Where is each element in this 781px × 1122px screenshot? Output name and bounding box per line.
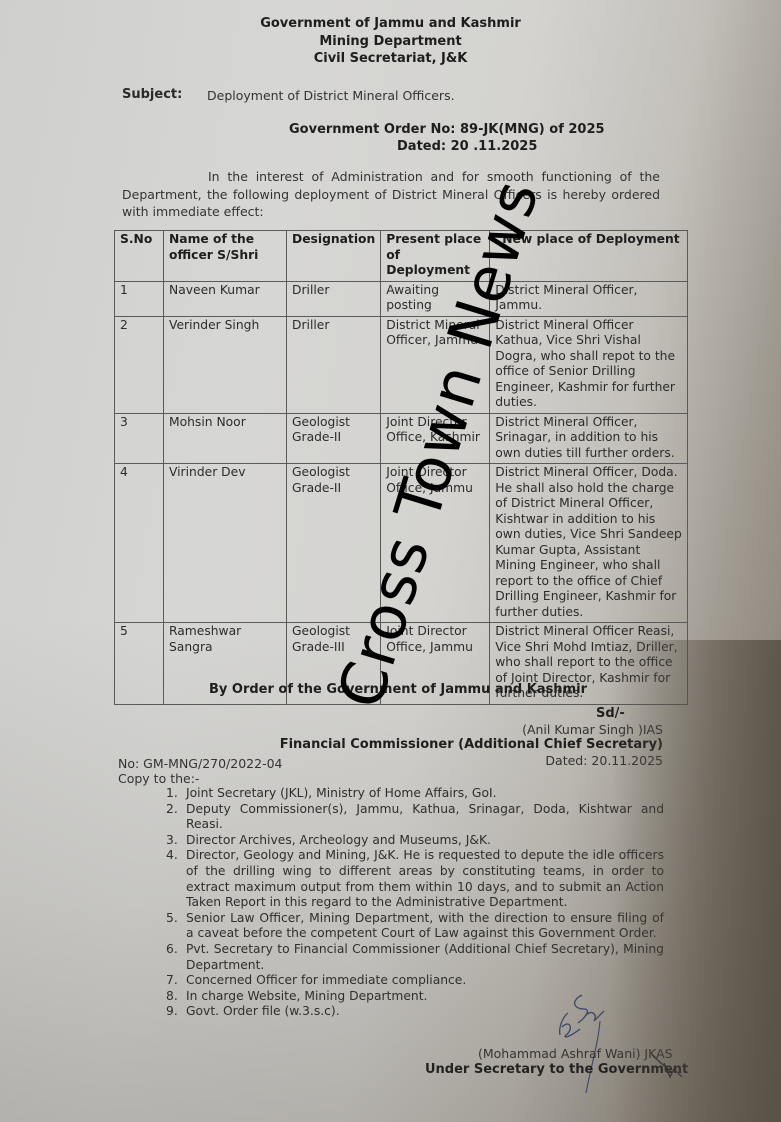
cell-new-place: District Mineral Officer, Srinagar, in a… (490, 413, 688, 464)
table-row: 2Verinder SinghDrillerDistrict Mineral O… (115, 316, 688, 413)
sd-mark: Sd/- (596, 706, 625, 721)
copy-to-item-text: Senior Law Officer, Mining Department, w… (186, 911, 664, 941)
copy-to-item-text: Joint Secretary (JKL), Ministry of Home … (186, 786, 497, 800)
cell-officer-name: Verinder Singh (164, 316, 287, 413)
copy-to-label: Copy to the:- (118, 771, 199, 786)
cell-sno: 5 (115, 623, 164, 705)
cell-officer-name: Naveen Kumar (164, 281, 287, 316)
table-row: 1Naveen KumarDrillerAwaiting postingDist… (115, 281, 688, 316)
copy-to-item-text: Govt. Order file (w.3.s.c). (186, 1004, 340, 1018)
cell-sno: 2 (115, 316, 164, 413)
copy-to-item-text: Director, Geology and Mining, J&K. He is… (186, 848, 664, 909)
copy-to-item-number: 8. (166, 989, 178, 1005)
copy-to-item: 4.Director, Geology and Mining, J&K. He … (166, 848, 664, 910)
letterhead-office: Civil Secretariat, J&K (0, 51, 781, 67)
copy-to-item-text: Pvt. Secretary to Financial Commissioner… (186, 942, 664, 972)
cell-sno: 4 (115, 464, 164, 623)
order-date: Dated: 20 .11.2025 (397, 139, 537, 154)
copy-to-item-text: In charge Website, Mining Department. (186, 989, 427, 1003)
copy-to-item: 7.Concerned Officer for immediate compli… (166, 973, 664, 989)
subject-text: Deployment of District Mineral Officers. (207, 88, 455, 103)
copy-to-item: 1.Joint Secretary (JKL), Ministry of Hom… (166, 786, 664, 802)
copy-to-item-number: 5. (166, 911, 178, 927)
table-header-row: S.No Name of the officer S/Shri Designat… (115, 231, 688, 282)
copy-to-item-text: Concerned Officer for immediate complian… (186, 973, 466, 987)
cell-designation: Driller (287, 316, 381, 413)
copy-to-item: 5.Senior Law Officer, Mining Department,… (166, 911, 664, 942)
cell-designation: Geologist Grade-II (287, 413, 381, 464)
cell-officer-name: Virinder Dev (164, 464, 287, 623)
copy-to-item-text: Deputy Commissioner(s), Jammu, Kathua, S… (186, 802, 664, 832)
copy-to-item-number: 7. (166, 973, 178, 989)
copy-to-item-text: Director Archives, Archeology and Museum… (186, 833, 491, 847)
order-number: Government Order No: 89-JK(MNG) of 2025 (289, 122, 605, 137)
col-officer-name: Name of the officer S/Shri (164, 231, 287, 282)
cell-new-place: District Mineral Officer Kathua, Vice Sh… (490, 316, 688, 413)
copy-to-item: 9.Govt. Order file (w.3.s.c). (166, 1004, 664, 1020)
cell-designation: Driller (287, 281, 381, 316)
signatory-name: (Anil Kumar Singh )IAS (522, 722, 663, 737)
cell-new-place: District Mineral Officer, Doda. He shall… (490, 464, 688, 623)
copy-to-item: 2.Deputy Commissioner(s), Jammu, Kathua,… (166, 802, 664, 833)
signatory-title: Financial Commissioner (Additional Chief… (280, 737, 663, 752)
reference-number: No: GM-MNG/270/2022-04 (118, 756, 283, 771)
under-secretary-title: Under Secretary to the Government (425, 1062, 688, 1077)
col-sno: S.No (115, 231, 164, 282)
copy-to-list: 1.Joint Secretary (JKL), Ministry of Hom… (166, 786, 664, 1020)
government-order-document: Government of Jammu and Kashmir Mining D… (0, 0, 781, 1122)
col-designation: Designation (287, 231, 381, 282)
cell-sno: 3 (115, 413, 164, 464)
under-secretary-name: (Mohammad Ashraf Wani) JKAS (478, 1046, 673, 1061)
copy-to-item: 3.Director Archives, Archeology and Muse… (166, 833, 664, 849)
intro-paragraph: In the interest of Administration and fo… (122, 168, 660, 221)
signatory-date: Dated: 20.11.2025 (545, 753, 663, 768)
letterhead-government: Government of Jammu and Kashmir (0, 16, 781, 32)
copy-to-item-number: 6. (166, 942, 178, 958)
cell-sno: 1 (115, 281, 164, 316)
letterhead-department: Mining Department (0, 34, 781, 50)
copy-to-item-number: 2. (166, 802, 178, 818)
copy-to-item-number: 3. (166, 833, 178, 849)
copy-to-item-number: 4. (166, 848, 178, 864)
copy-to-item-number: 9. (166, 1004, 178, 1020)
cell-officer-name: Mohsin Noor (164, 413, 287, 464)
copy-to-item: 6.Pvt. Secretary to Financial Commission… (166, 942, 664, 973)
subject-label: Subject: (122, 87, 182, 102)
copy-to-item: 8.In charge Website, Mining Department. (166, 989, 664, 1005)
copy-to-item-number: 1. (166, 786, 178, 802)
